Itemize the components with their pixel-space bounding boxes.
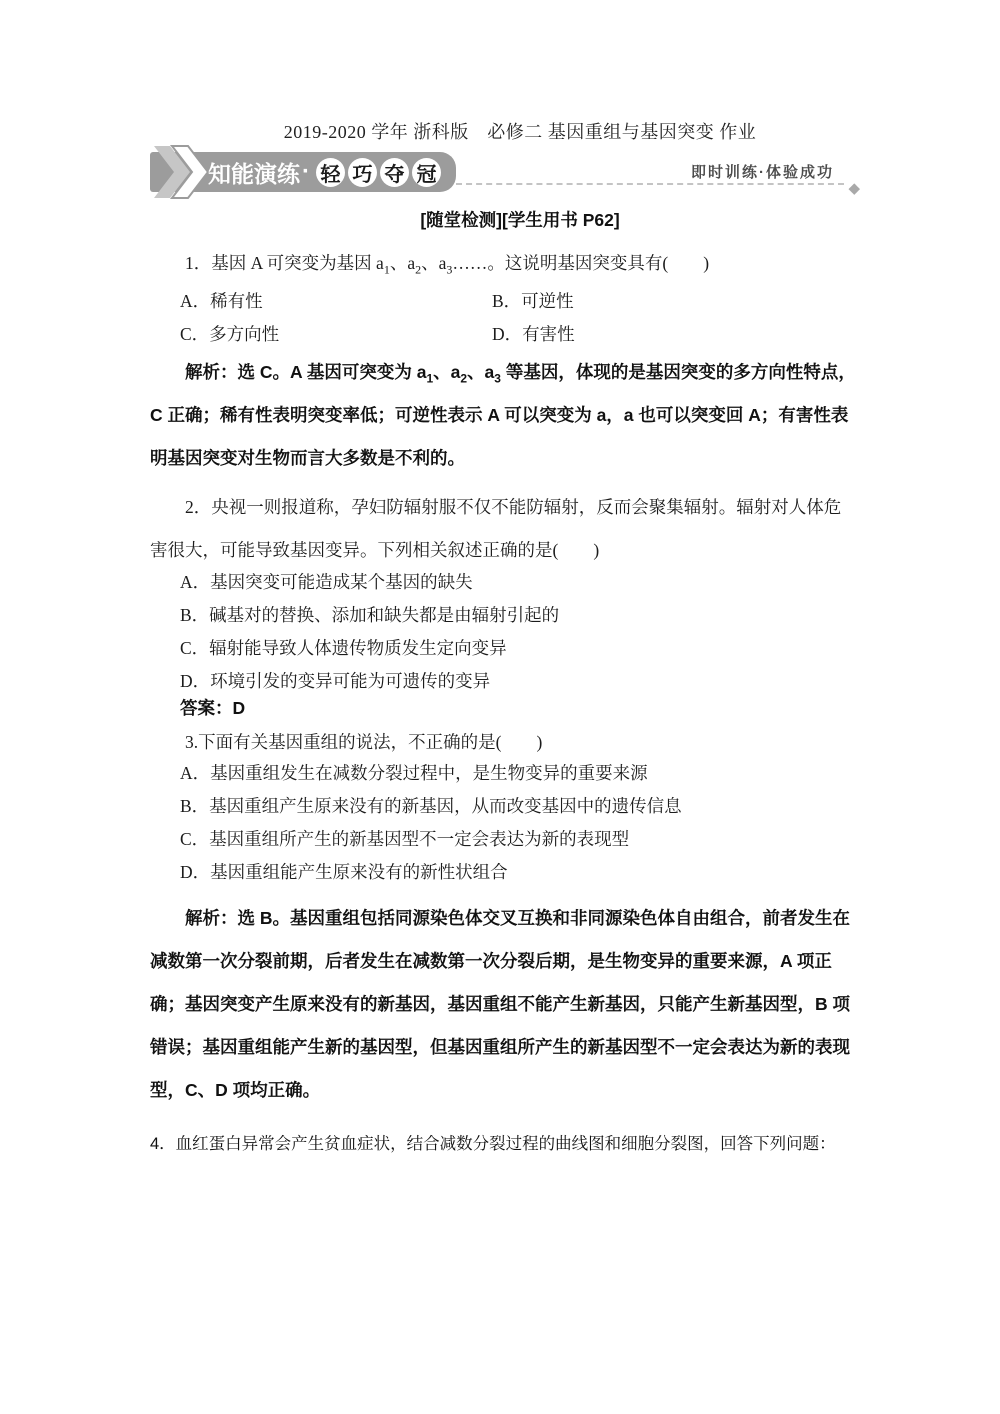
option-q1-d: D．有害性 — [492, 318, 858, 351]
q1-stem-text: 1．基因 A 可突变为基因 a — [185, 253, 384, 273]
option-q1-a: A．稀有性 — [180, 285, 492, 318]
page-title: 2019-2020 学年 浙科版 必修二 基因重组与基因突变 作业 — [170, 121, 870, 143]
question-3-analysis: 解析：选 B。基因重组包括同源染色体交叉互换和非同源染色体自由组合，前者发生在减… — [150, 897, 858, 1112]
banner-title: 知能演练 · 轻 巧 夺 冠 — [208, 152, 441, 192]
double-chevron-icon — [152, 144, 210, 200]
q1-stem-text: 、a — [390, 253, 415, 273]
q1-stem-text: ……。这说明基因突变具有( ) — [452, 253, 709, 273]
dashed-rule — [456, 183, 844, 185]
content-area: 1．基因 A 可突变为基因 a1、a2、a3……。这说明基因突变具有( ) A．… — [150, 242, 858, 1158]
question-2-stem: 2．央视一则报道称，孕妇防辐射服不仅不能防辐射，反而会聚集辐射。辐射对人体危害很… — [150, 486, 858, 572]
option-q1-b: B．可逆性 — [492, 285, 858, 318]
option-q1-c: C．多方向性 — [180, 318, 492, 351]
q1-analysis-text: 、a — [467, 362, 494, 382]
q1-analysis-text: 、a — [433, 362, 460, 382]
diamond-icon: ◆ — [848, 179, 860, 197]
banner-bar: 知能演练 · 轻 巧 夺 冠 — [150, 152, 456, 192]
worksheet-page: 2019-2020 学年 浙科版 必修二 基因重组与基因突变 作业 知能演练 ·… — [0, 0, 1000, 1414]
option-q3-d: D．基因重组能产生原来没有的新性状组合 — [180, 856, 858, 889]
question-4-stem: 4．血红蛋白异常会产生贫血症状，结合减数分裂过程的曲线图和细胞分裂图，回答下列问… — [150, 1130, 858, 1158]
banner-circled-char: 巧 — [348, 158, 377, 187]
section-label: [随堂检测][学生用书 P62] — [170, 208, 870, 232]
question-1-analysis: 解析：选 C。A 基因可突变为 a1、a2、a3 等基因，体现的是基因突变的多方… — [150, 351, 858, 480]
question-2-options: A．基因突变可能造成某个基因的缺失 B．碱基对的替换、添加和缺失都是由辐射引起的… — [150, 566, 858, 698]
question-3-options: A．基因重组发生在减数分裂过程中，是生物变异的重要来源 B．基因重组产生原来没有… — [150, 757, 858, 889]
decorative-banner: 知能演练 · 轻 巧 夺 冠 即时训练·体验成功 ◆ — [150, 152, 858, 192]
banner-circled-char: 冠 — [412, 158, 441, 187]
banner-circled-char: 轻 — [316, 158, 345, 187]
q1-analysis-text: 解析：选 C。A 基因可突变为 a — [185, 362, 426, 382]
q1-stem-text: 、a — [421, 253, 446, 273]
banner-title-label: 知能演练 — [208, 156, 300, 189]
question-1-stem: 1．基因 A 可突变为基因 a1、a2、a3……。这说明基因突变具有( ) — [150, 242, 858, 285]
banner-circled-char: 夺 — [380, 158, 409, 187]
option-q3-b: B．基因重组产生原来没有的新基因，从而改变基因中的遗传信息 — [180, 790, 858, 823]
banner-dot-separator: · — [302, 158, 310, 186]
option-q3-a: A．基因重组发生在减数分裂过程中，是生物变异的重要来源 — [180, 757, 858, 790]
banner-tagline: 即时训练·体验成功 — [691, 161, 834, 182]
option-q2-c: C．辐射能导致人体遗传物质发生定向变异 — [180, 632, 858, 665]
q1-subscript: 3 — [494, 372, 501, 386]
option-q3-c: C．基因重组所产生的新基因型不一定会表达为新的表现型 — [180, 823, 858, 856]
option-q2-b: B．碱基对的替换、添加和缺失都是由辐射引起的 — [180, 599, 858, 632]
question-1-options: A．稀有性 B．可逆性 C．多方向性 D．有害性 — [150, 285, 858, 351]
